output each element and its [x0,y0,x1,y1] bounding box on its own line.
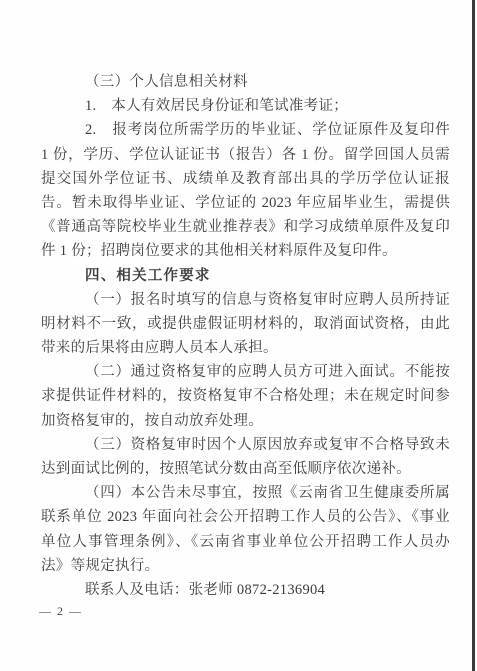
text-line: 法》等规定执行。 [41,554,450,578]
paragraph: （三）资格复审时因个人原因放弃或复审不合格导致未达到面试比例的，按照笔试分数由高… [41,433,450,481]
text-line: 《普通高等院校毕业生就业推荐表》和学习成绩单原件及复印 [41,215,450,239]
text-line: 1 份，学历、学位认证证书（报告）各 1 份。留学回国人员需 [41,143,450,167]
paragraph: （二）通过资格复审的应聘人员方可进入面试。不能按要求提供证件材料的，按资格复审不… [41,360,450,433]
paragraph: （三）个人信息相关材料 [41,70,450,94]
paragraph: （四）本公告未尽事宜，按照《云南省卫生健康委所属和联系单位 2023 年面向社会… [41,481,450,578]
text-line: 达到面试比例的，按照笔试分数由高至低顺序依次递补。 [41,457,450,481]
text-line: 件 1 份；招聘岗位要求的其他相关材料原件及复印件。 [41,239,450,263]
text-line: 联系人及电话：张老师 0872-2136904 [41,578,450,602]
text-line: 1. 本人有效居民身份证和笔试准考证； [41,94,450,118]
text-line: 告。暂未取得毕业证、学位证的 2023 年应届毕业生，需提供 [41,191,450,215]
text-line: （二）通过资格复审的应聘人员方可进入面试。不能按要 [41,360,450,384]
text-line: 2. 报考岗位所需学历的毕业证、学位证原件及复印件各 [41,118,450,142]
paragraph: 2. 报考岗位所需学历的毕业证、学位证原件及复印件各1 份，学历、学位认证证书（… [41,118,450,263]
text-line: （四）本公告未尽事宜，按照《云南省卫生健康委所属和 [41,481,450,505]
document-body: （三）个人信息相关材料1. 本人有效居民身份证和笔试准考证；2. 报考岗位所需学… [41,70,450,602]
text-line: 明材料不一致，或提供虚假证明材料的，取消面试资格，由此 [41,312,450,336]
document-page: （三）个人信息相关材料1. 本人有效居民身份证和笔试准考证；2. 报考岗位所需学… [0,0,477,671]
text-line: 提交国外学位证书、成绩单及教育部出具的学历学位认证报 [41,167,450,191]
section-heading: 四、相关工作要求 [41,264,450,288]
text-line: 带来的后果将由应聘人员本人承担。 [41,336,450,360]
text-line: 加资格复审的，按自动放弃处理。 [41,409,450,433]
paragraph: 联系人及电话：张老师 0872-2136904 [41,578,450,602]
text-line: 联系单位 2023 年面向社会公开招聘工作人员的公告》、《事业 [41,505,450,529]
paragraph: （一）报名时填写的信息与资格复审时应聘人员所持证明材料不一致，或提供虚假证明材料… [41,288,450,361]
text-line: （三）个人信息相关材料 [41,70,450,94]
text-line: 单位人事管理条例》、《云南省事业单位公开招聘工作人员办 [41,530,450,554]
text-line: （三）资格复审时因个人原因放弃或复审不合格导致未 [41,433,450,457]
text-line: 四、相关工作要求 [41,264,450,288]
text-line: 求提供证件材料的，按资格复审不合格处理；未在规定时间参 [41,384,450,408]
scan-edge-line [472,0,475,671]
page-number: — 2 — [39,603,83,619]
text-line: （一）报名时填写的信息与资格复审时应聘人员所持证 [41,288,450,312]
paragraph: 1. 本人有效居民身份证和笔试准考证； [41,94,450,118]
